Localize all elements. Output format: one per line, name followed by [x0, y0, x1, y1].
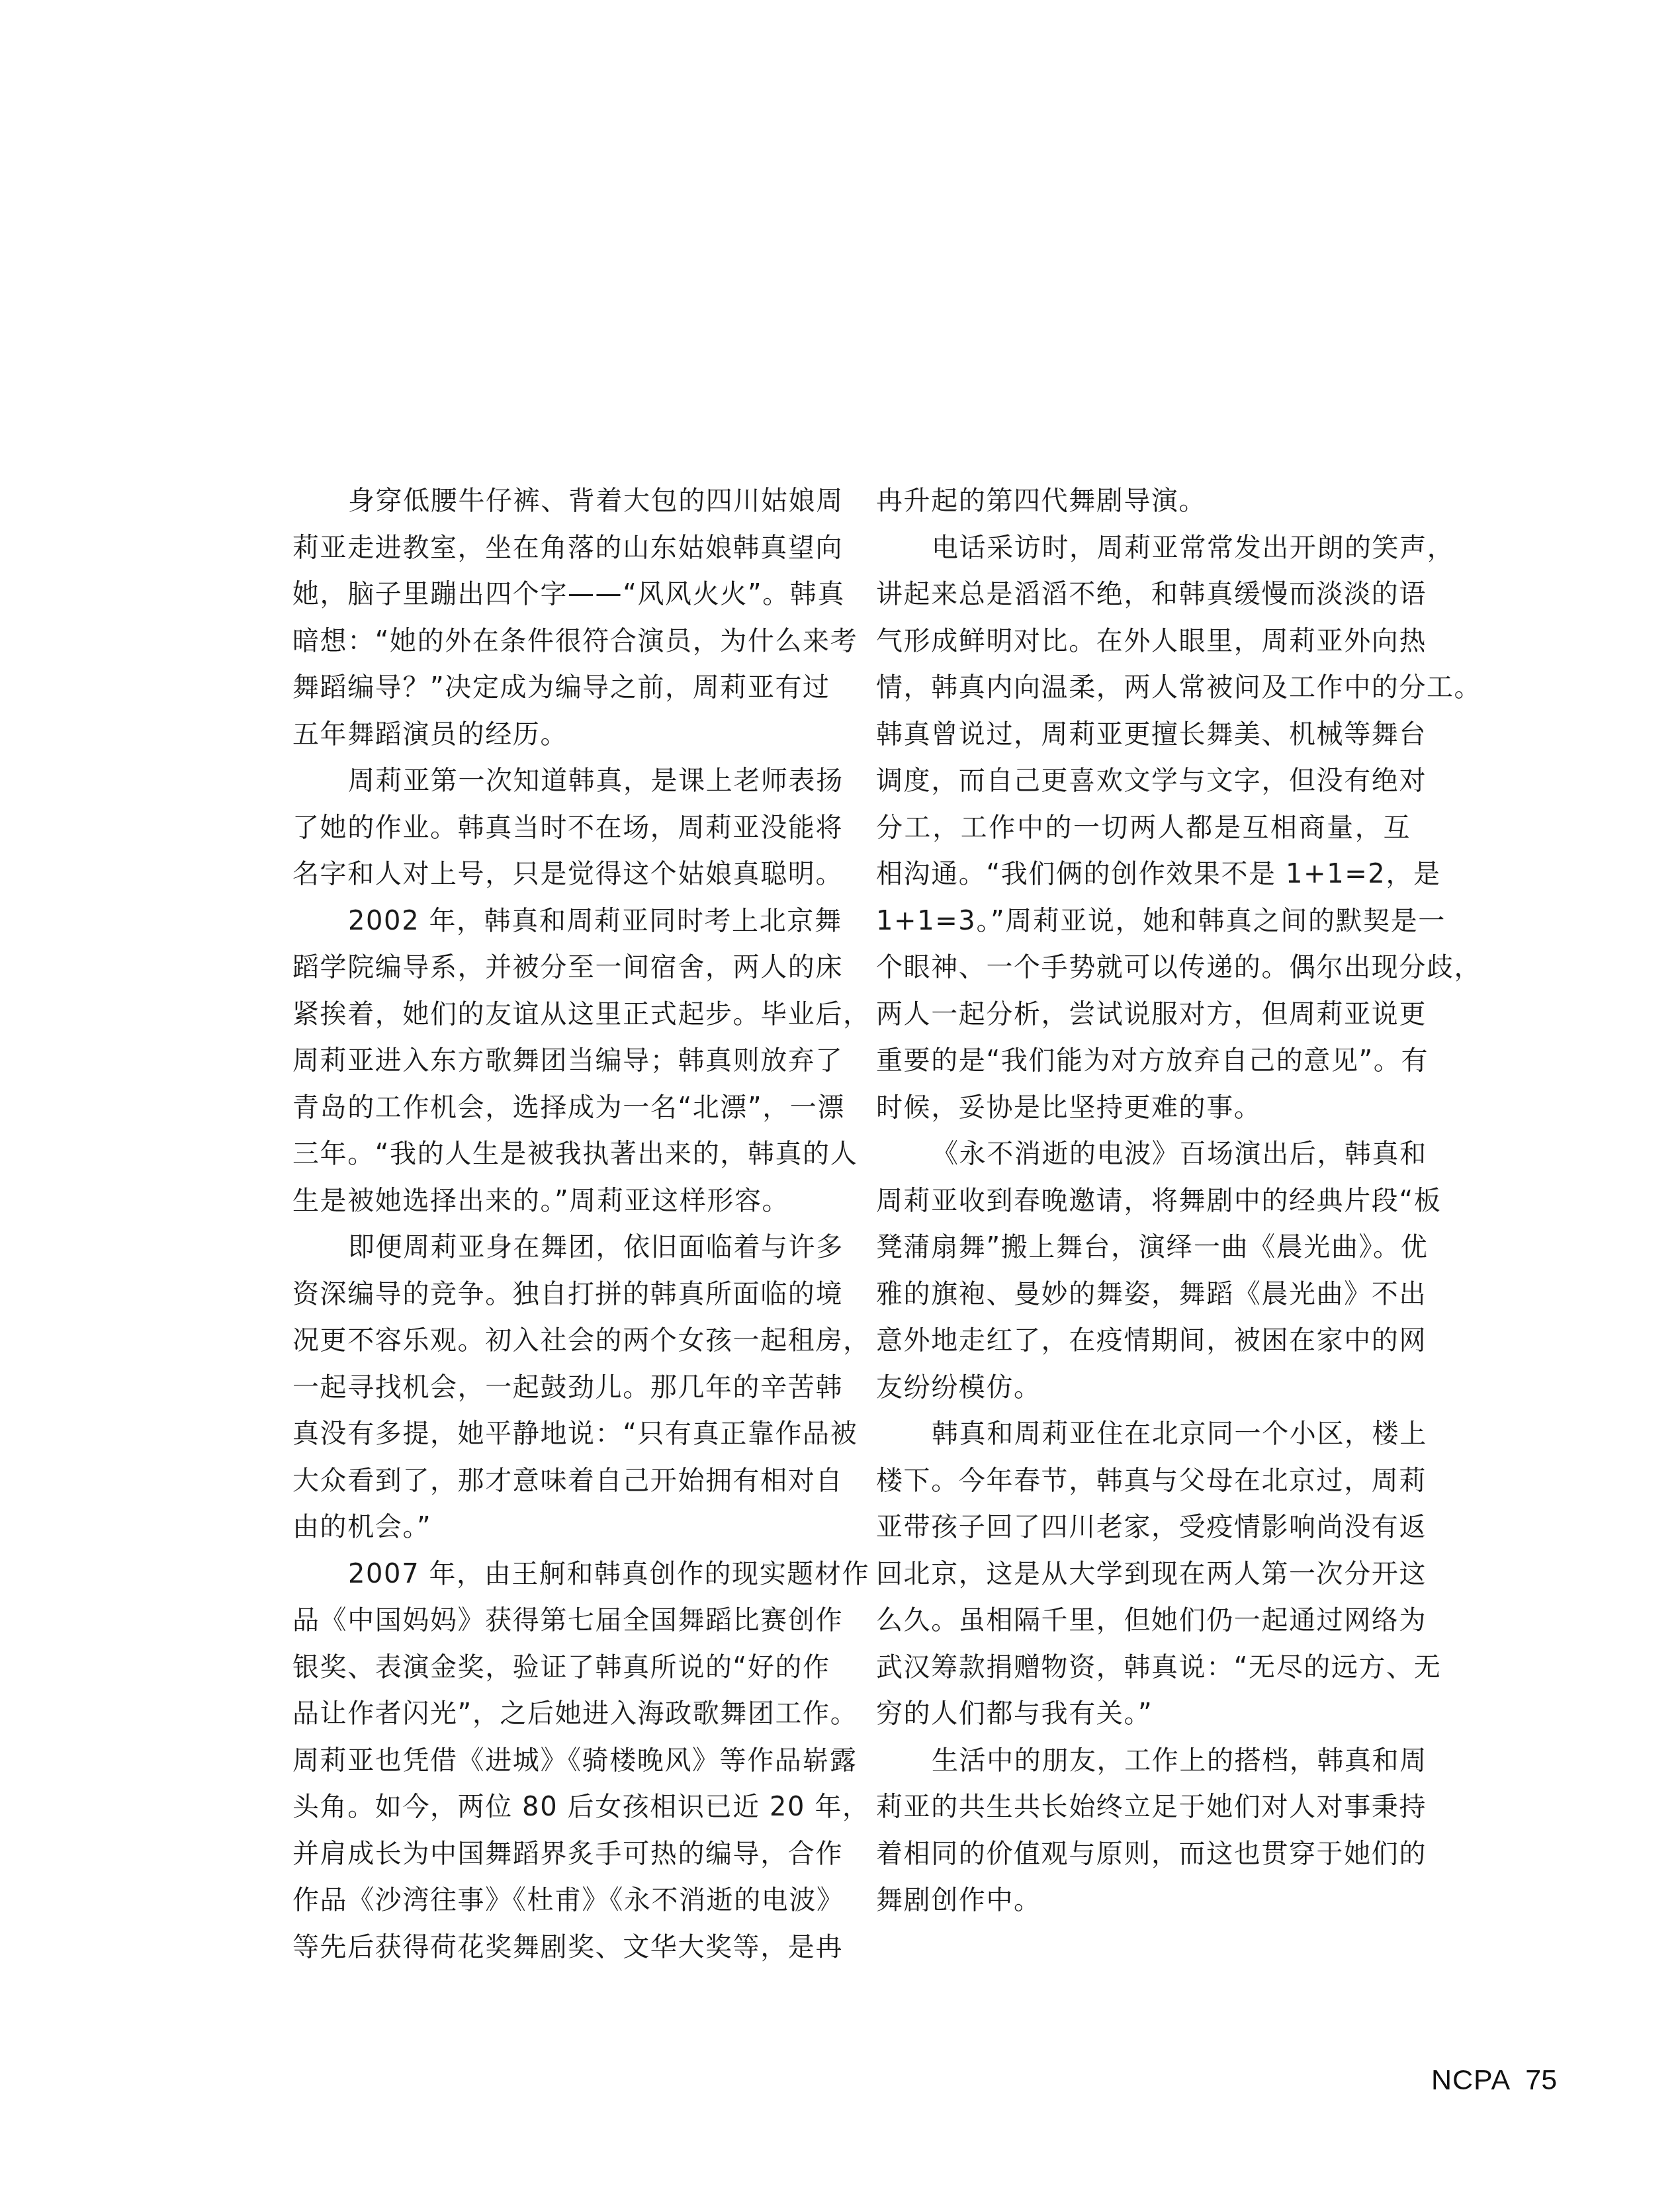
text-line: 由的机会。” — [292, 1504, 827, 1551]
text-line: 暗想：“她的外在条件很符合演员，为什么来考 — [292, 618, 827, 665]
text-line: 楼下。今年春节，韩真与父母在北京过，周莉 — [876, 1458, 1411, 1505]
text-line: 即便周莉亚身在舞团，依旧面临着与许多 — [292, 1224, 827, 1271]
page-footer: NCPA75 — [1431, 2064, 1557, 2097]
footer-brand: NCPA — [1431, 2064, 1511, 2096]
text-line: 等先后获得荷花奖舞剧奖、文华大奖等，是冉 — [292, 1924, 827, 1971]
text-line: 调度，而自己更喜欢文学与文字，但没有绝对 — [876, 758, 1411, 805]
text-line: 分工，工作中的一切两人都是互相商量，互 — [876, 805, 1411, 852]
article-column-right: 冉升起的第四代舞剧导演。电话采访时，周莉亚常常发出开朗的笑声，讲起来总是滔滔不绝… — [876, 478, 1411, 1924]
text-line: 武汉筹款捐赠物资，韩真说：“无尽的远方、无 — [876, 1644, 1411, 1691]
text-line: 资深编导的竞争。独自打拼的韩真所面临的境 — [292, 1271, 827, 1318]
page-number: 75 — [1525, 2064, 1557, 2096]
text-line: 韩真曾说过，周莉亚更擅长舞美、机械等舞台 — [876, 711, 1411, 758]
text-line: 亚带孩子回了四川老家，受疫情影响尚没有返 — [876, 1504, 1411, 1551]
text-line: 周莉亚收到春晚邀请，将舞剧中的经典片段“板 — [876, 1178, 1411, 1225]
text-line: 作品《沙湾往事》《杜甫》《永不消逝的电波》 — [292, 1877, 827, 1924]
text-line: 两人一起分析，尝试说服对方，但周莉亚说更 — [876, 991, 1411, 1038]
text-line: 穷的人们都与我有关。” — [876, 1690, 1411, 1737]
text-line: 2007 年，由王舸和韩真创作的现实题材作 — [292, 1551, 827, 1598]
text-line: 周莉亚第一次知道韩真，是课上老师表扬 — [292, 758, 827, 805]
text-line: 莉亚走进教室，坐在角落的山东姑娘韩真望向 — [292, 525, 827, 572]
text-line: 银奖、表演金奖，验证了韩真所说的“好的作 — [292, 1644, 827, 1691]
text-line: 她，脑子里蹦出四个字——“风风火火”。韩真 — [292, 571, 827, 618]
text-line: 况更不容乐观。初入社会的两个女孩一起租房， — [292, 1317, 827, 1364]
text-line: 友纷纷模仿。 — [876, 1364, 1411, 1411]
text-line: 意外地走红了，在疫情期间，被困在家中的网 — [876, 1317, 1411, 1364]
text-line: 时候，妥协是比坚持更难的事。 — [876, 1084, 1411, 1131]
text-line: 韩真和周莉亚住在北京同一个小区，楼上 — [876, 1411, 1411, 1458]
text-line: 电话采访时，周莉亚常常发出开朗的笑声， — [876, 525, 1411, 572]
text-line: 重要的是“我们能为对方放弃自己的意见”。有 — [876, 1037, 1411, 1084]
text-line: 真没有多提，她平静地说：“只有真正靠作品被 — [292, 1411, 827, 1458]
text-line: 品《中国妈妈》获得第七届全国舞蹈比赛创作 — [292, 1597, 827, 1644]
text-line: 回北京，这是从大学到现在两人第一次分开这 — [876, 1551, 1411, 1598]
text-line: 舞剧创作中。 — [876, 1877, 1411, 1924]
text-line: 生活中的朋友，工作上的搭档，韩真和周 — [876, 1737, 1411, 1784]
text-line: 雅的旗袍、曼妙的舞姿，舞蹈《晨光曲》不出 — [876, 1271, 1411, 1318]
text-line: 莉亚的共生共长始终立足于她们对人对事秉持 — [876, 1784, 1411, 1831]
text-line: 蹈学院编导系，并被分至一间宿舍，两人的床 — [292, 944, 827, 991]
text-line: 气形成鲜明对比。在外人眼里，周莉亚外向热 — [876, 618, 1411, 665]
text-line: 名字和人对上号，只是觉得这个姑娘真聪明。 — [292, 851, 827, 898]
text-line: 么久。虽相隔千里，但她们仍一起通过网络为 — [876, 1597, 1411, 1644]
text-line: 青岛的工作机会，选择成为一名“北漂”，一漂 — [292, 1084, 827, 1131]
text-line: 周莉亚进入东方歌舞团当编导；韩真则放弃了 — [292, 1037, 827, 1084]
text-line: 舞蹈编导？”决定成为编导之前，周莉亚有过 — [292, 664, 827, 711]
text-line: 冉升起的第四代舞剧导演。 — [876, 478, 1411, 525]
text-line: 个眼神、一个手势就可以传递的。偶尔出现分歧， — [876, 944, 1411, 991]
text-line: 五年舞蹈演员的经历。 — [292, 711, 827, 758]
text-line: 周莉亚也凭借《进城》《骑楼晚风》等作品崭露 — [292, 1737, 827, 1784]
text-line: 讲起来总是滔滔不绝，和韩真缓慢而淡淡的语 — [876, 571, 1411, 618]
text-line: 生是被她选择出来的。”周莉亚这样形容。 — [292, 1178, 827, 1225]
text-line: 紧挨着，她们的友谊从这里正式起步。毕业后， — [292, 991, 827, 1038]
text-line: 着相同的价值观与原则，而这也贯穿于她们的 — [876, 1831, 1411, 1878]
text-line: 身穿低腰牛仔裤、背着大包的四川姑娘周 — [292, 478, 827, 525]
text-line: 2002 年，韩真和周莉亚同时考上北京舞 — [292, 898, 827, 945]
text-line: 情，韩真内向温柔，两人常被问及工作中的分工。 — [876, 664, 1411, 711]
text-line: 大众看到了，那才意味着自己开始拥有相对自 — [292, 1458, 827, 1505]
text-line: 三年。“我的人生是被我执著出来的，韩真的人 — [292, 1131, 827, 1178]
article-column-left: 身穿低腰牛仔裤、背着大包的四川姑娘周莉亚走进教室，坐在角落的山东姑娘韩真望向她，… — [292, 478, 827, 1970]
text-line: 相沟通。“我们俩的创作效果不是 1+1=2，是 — [876, 851, 1411, 898]
text-line: 并肩成长为中国舞蹈界炙手可热的编导，合作 — [292, 1831, 827, 1878]
text-line: 《永不消逝的电波》百场演出后，韩真和 — [876, 1131, 1411, 1178]
text-line: 品让作者闪光”，之后她进入海政歌舞团工作。 — [292, 1690, 827, 1737]
text-line: 头角。如今，两位 80 后女孩相识已近 20 年， — [292, 1784, 827, 1831]
magazine-page: 身穿低腰牛仔裤、背着大包的四川姑娘周莉亚走进教室，坐在角落的山东姑娘韩真望向她，… — [0, 0, 1680, 2188]
text-line: 1+1=3。”周莉亚说，她和韩真之间的默契是一 — [876, 898, 1411, 945]
text-line: 一起寻找机会，一起鼓劲儿。那几年的辛苦韩 — [292, 1364, 827, 1411]
text-line: 凳蒲扇舞”搬上舞台，演绎一曲《晨光曲》。优 — [876, 1224, 1411, 1271]
text-line: 了她的作业。韩真当时不在场，周莉亚没能将 — [292, 805, 827, 852]
